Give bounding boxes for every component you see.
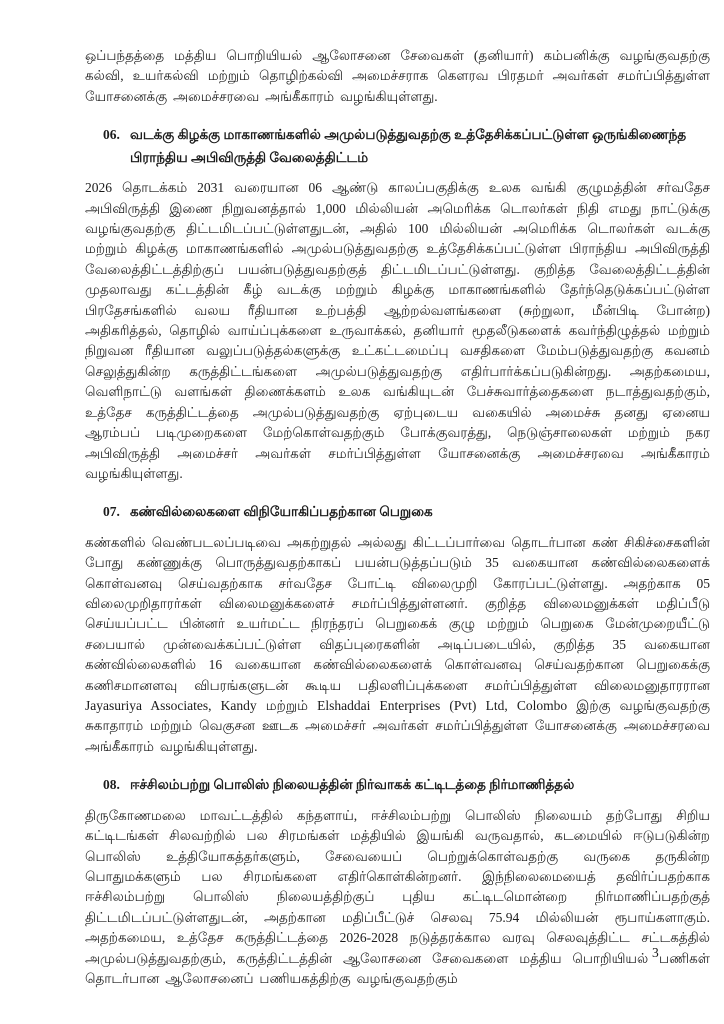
- section-07: 07. கண்வில்லைகளை விநியோகிப்பதற்கான பெறுக…: [85, 501, 710, 757]
- intro-paragraph: ஒப்பந்தத்தை மத்திய பொறியியல் ஆலோசனை சேவை…: [85, 46, 710, 107]
- section-08-body: திருகோணமலை மாவட்டத்தில் கந்தளாய், ஈச்சில…: [85, 806, 710, 990]
- section-08-number: 08.: [103, 774, 130, 797]
- section-08-heading: 08. ஈச்சிலம்பற்று பொலிஸ் நிலையத்தின் நிர…: [85, 774, 710, 797]
- section-07-title: கண்வில்லைகளை விநியோகிப்பதற்கான பெறுகை: [130, 501, 710, 524]
- page-number: 3: [652, 943, 659, 963]
- section-08: 08. ஈச்சிலம்பற்று பொலிஸ் நிலையத்தின் நிர…: [85, 774, 710, 989]
- section-07-number: 07.: [103, 501, 130, 524]
- section-06-heading: 06. வடக்கு கிழக்கு மாகாணங்களில் அமுல்படு…: [85, 124, 710, 169]
- section-07-body: கண்களில் வெண்படலப்படிவை அகற்றுதல் அல்லது…: [85, 533, 710, 757]
- section-08-title: ஈச்சிலம்பற்று பொலிஸ் நிலையத்தின் நிர்வாக…: [130, 774, 710, 797]
- section-06-title: வடக்கு கிழக்கு மாகாணங்களில் அமுல்படுத்து…: [130, 124, 710, 169]
- section-06: 06. வடக்கு கிழக்கு மாகாணங்களில் அமுல்படு…: [85, 124, 710, 484]
- section-06-body: 2026 தொடக்கம் 2031 வரையான 06 ஆண்டு காலப்…: [85, 178, 710, 484]
- section-06-number: 06.: [103, 124, 130, 147]
- document-page: ஒப்பந்தத்தை மத்திய பொறியியல் ஆலோசனை சேவை…: [0, 0, 724, 1024]
- section-07-heading: 07. கண்வில்லைகளை விநியோகிப்பதற்கான பெறுக…: [85, 501, 710, 524]
